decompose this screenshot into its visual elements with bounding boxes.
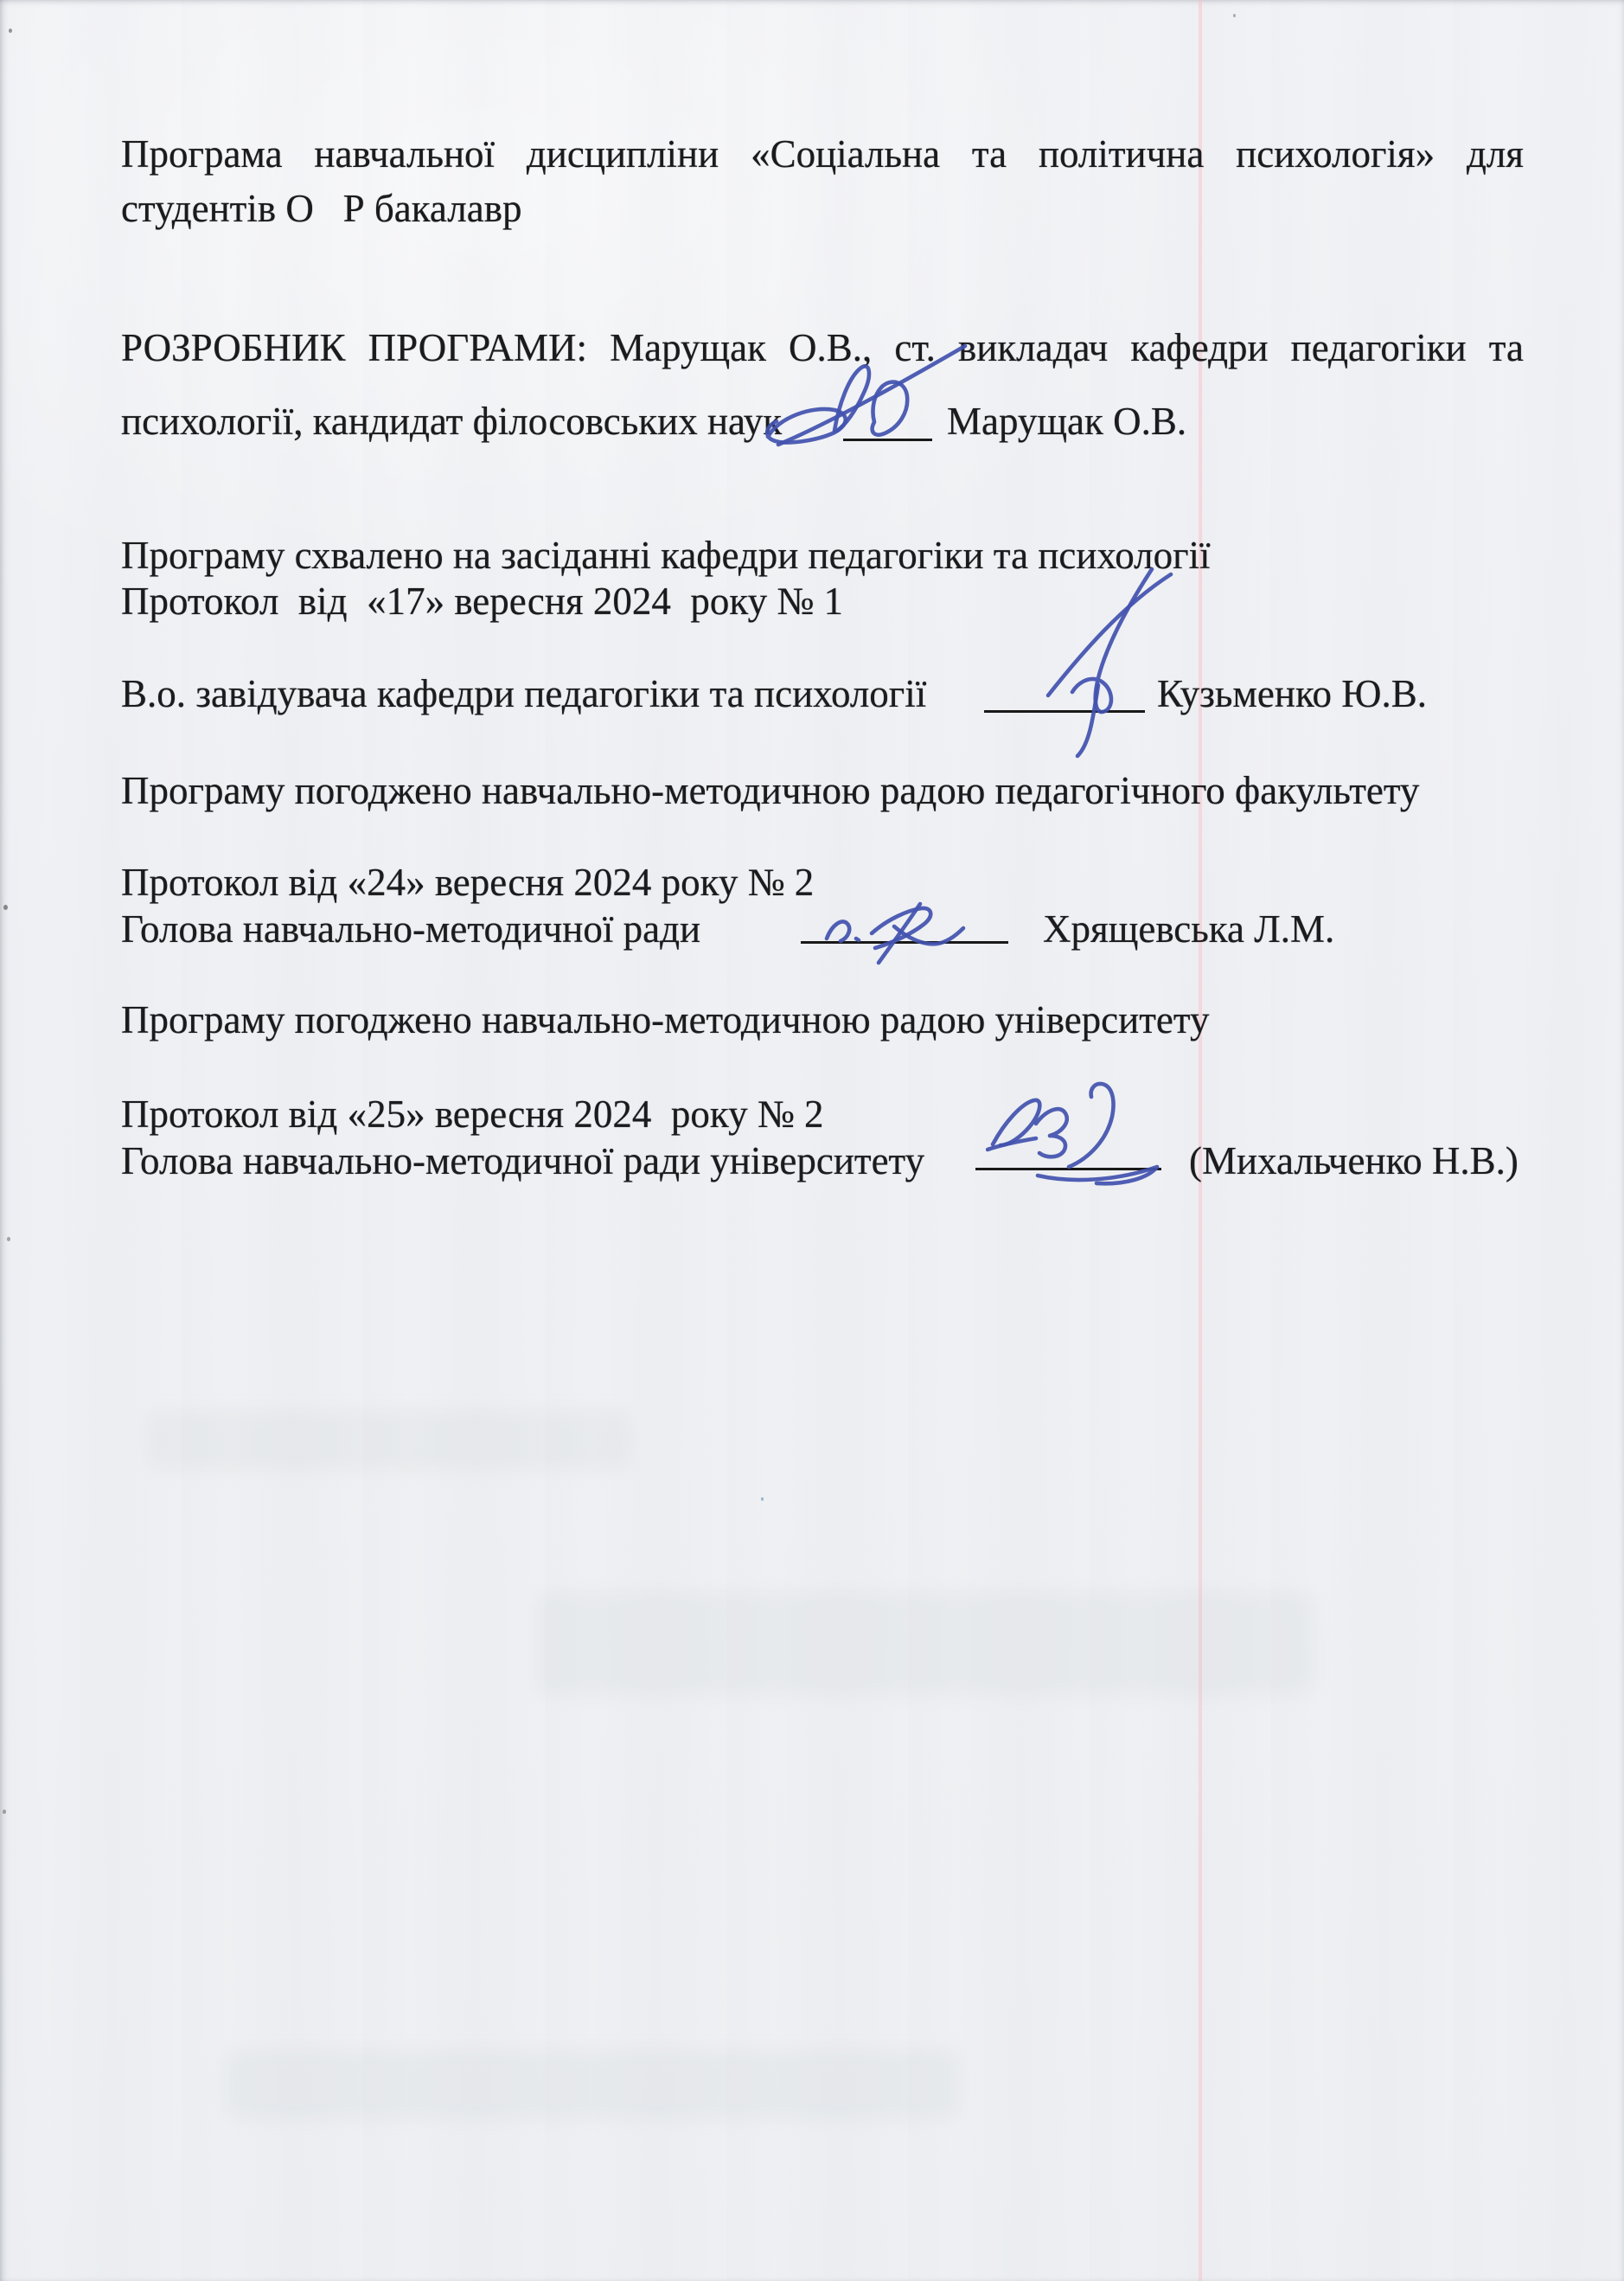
university-council-head-name: (Михальченко Н.В.) <box>1189 1138 1519 1183</box>
faculty-council-head-name: Хрящевська Л.М. <box>1043 907 1334 951</box>
faculty-protocol-line: Протокол від «24» вересня 2024 року № 2 <box>121 860 814 906</box>
bleedthrough-smudge <box>536 1592 1314 1695</box>
course-program-title-line1: Програма навчальної дисципліни «Соціальн… <box>121 131 1524 177</box>
scan-speck <box>1233 14 1236 17</box>
university-protocol-line: Протокол від «25» вересня 2024 року № 2 <box>121 1092 824 1137</box>
department-head-title: В.о. завідувача кафедри педагогіки та пс… <box>121 671 926 716</box>
signature-underline <box>975 1168 1161 1170</box>
bleedthrough-smudge <box>147 1410 631 1470</box>
faculty-council-head-signature-line: Голова навчально-методичної ради Хрящевс… <box>121 907 1591 967</box>
university-council-head-title: Голова навчально-методичної ради універс… <box>121 1138 924 1183</box>
department-head-name: Кузьменко Ю.В. <box>1157 671 1427 716</box>
program-developer-signature-line: психології, кандидат філосовських наук М… <box>121 399 1591 459</box>
course-program-title-line2: студентів О Р бакалавр <box>121 186 521 232</box>
department-protocol-line: Протокол від «17» вересня 2024 року № 1 <box>121 579 843 625</box>
university-council-head-signature-line: Голова навчально-методичної ради універс… <box>121 1138 1591 1199</box>
department-head-signature-line: В.о. завідувача кафедри педагогіки та пс… <box>121 671 1591 732</box>
faculty-approval-statement: Програму погоджено навчально-методичною … <box>121 768 1419 814</box>
faculty-council-head-title: Голова навчально-методичної ради <box>121 907 700 951</box>
university-approval-statement: Програму погоджено навчально-методичною … <box>121 997 1209 1043</box>
signature-underline <box>843 439 932 441</box>
signature-underline <box>984 710 1145 713</box>
program-developer-line1: РОЗРОБНИК ПРОГРАМИ: Марущак О.В., ст. ви… <box>121 325 1524 371</box>
scan-speck <box>761 1497 764 1501</box>
scan-speck <box>3 905 8 910</box>
scan-speck <box>3 1810 6 1814</box>
department-approval-statement: Програму схвалено на засіданні кафедри п… <box>121 533 1211 579</box>
department-head-handwritten-signature <box>1038 562 1180 766</box>
signature-underline <box>801 941 1008 944</box>
developer-name: Марущак О.В. <box>947 399 1186 444</box>
developer-signature-prefix: психології, кандидат філосовських наук <box>121 399 782 444</box>
bleedthrough-smudge <box>225 2050 960 2119</box>
scan-speck <box>7 1237 10 1241</box>
scanned-document-page: Програма навчальної дисципліни «Соціальн… <box>0 0 1624 2281</box>
scan-speck <box>9 29 12 33</box>
